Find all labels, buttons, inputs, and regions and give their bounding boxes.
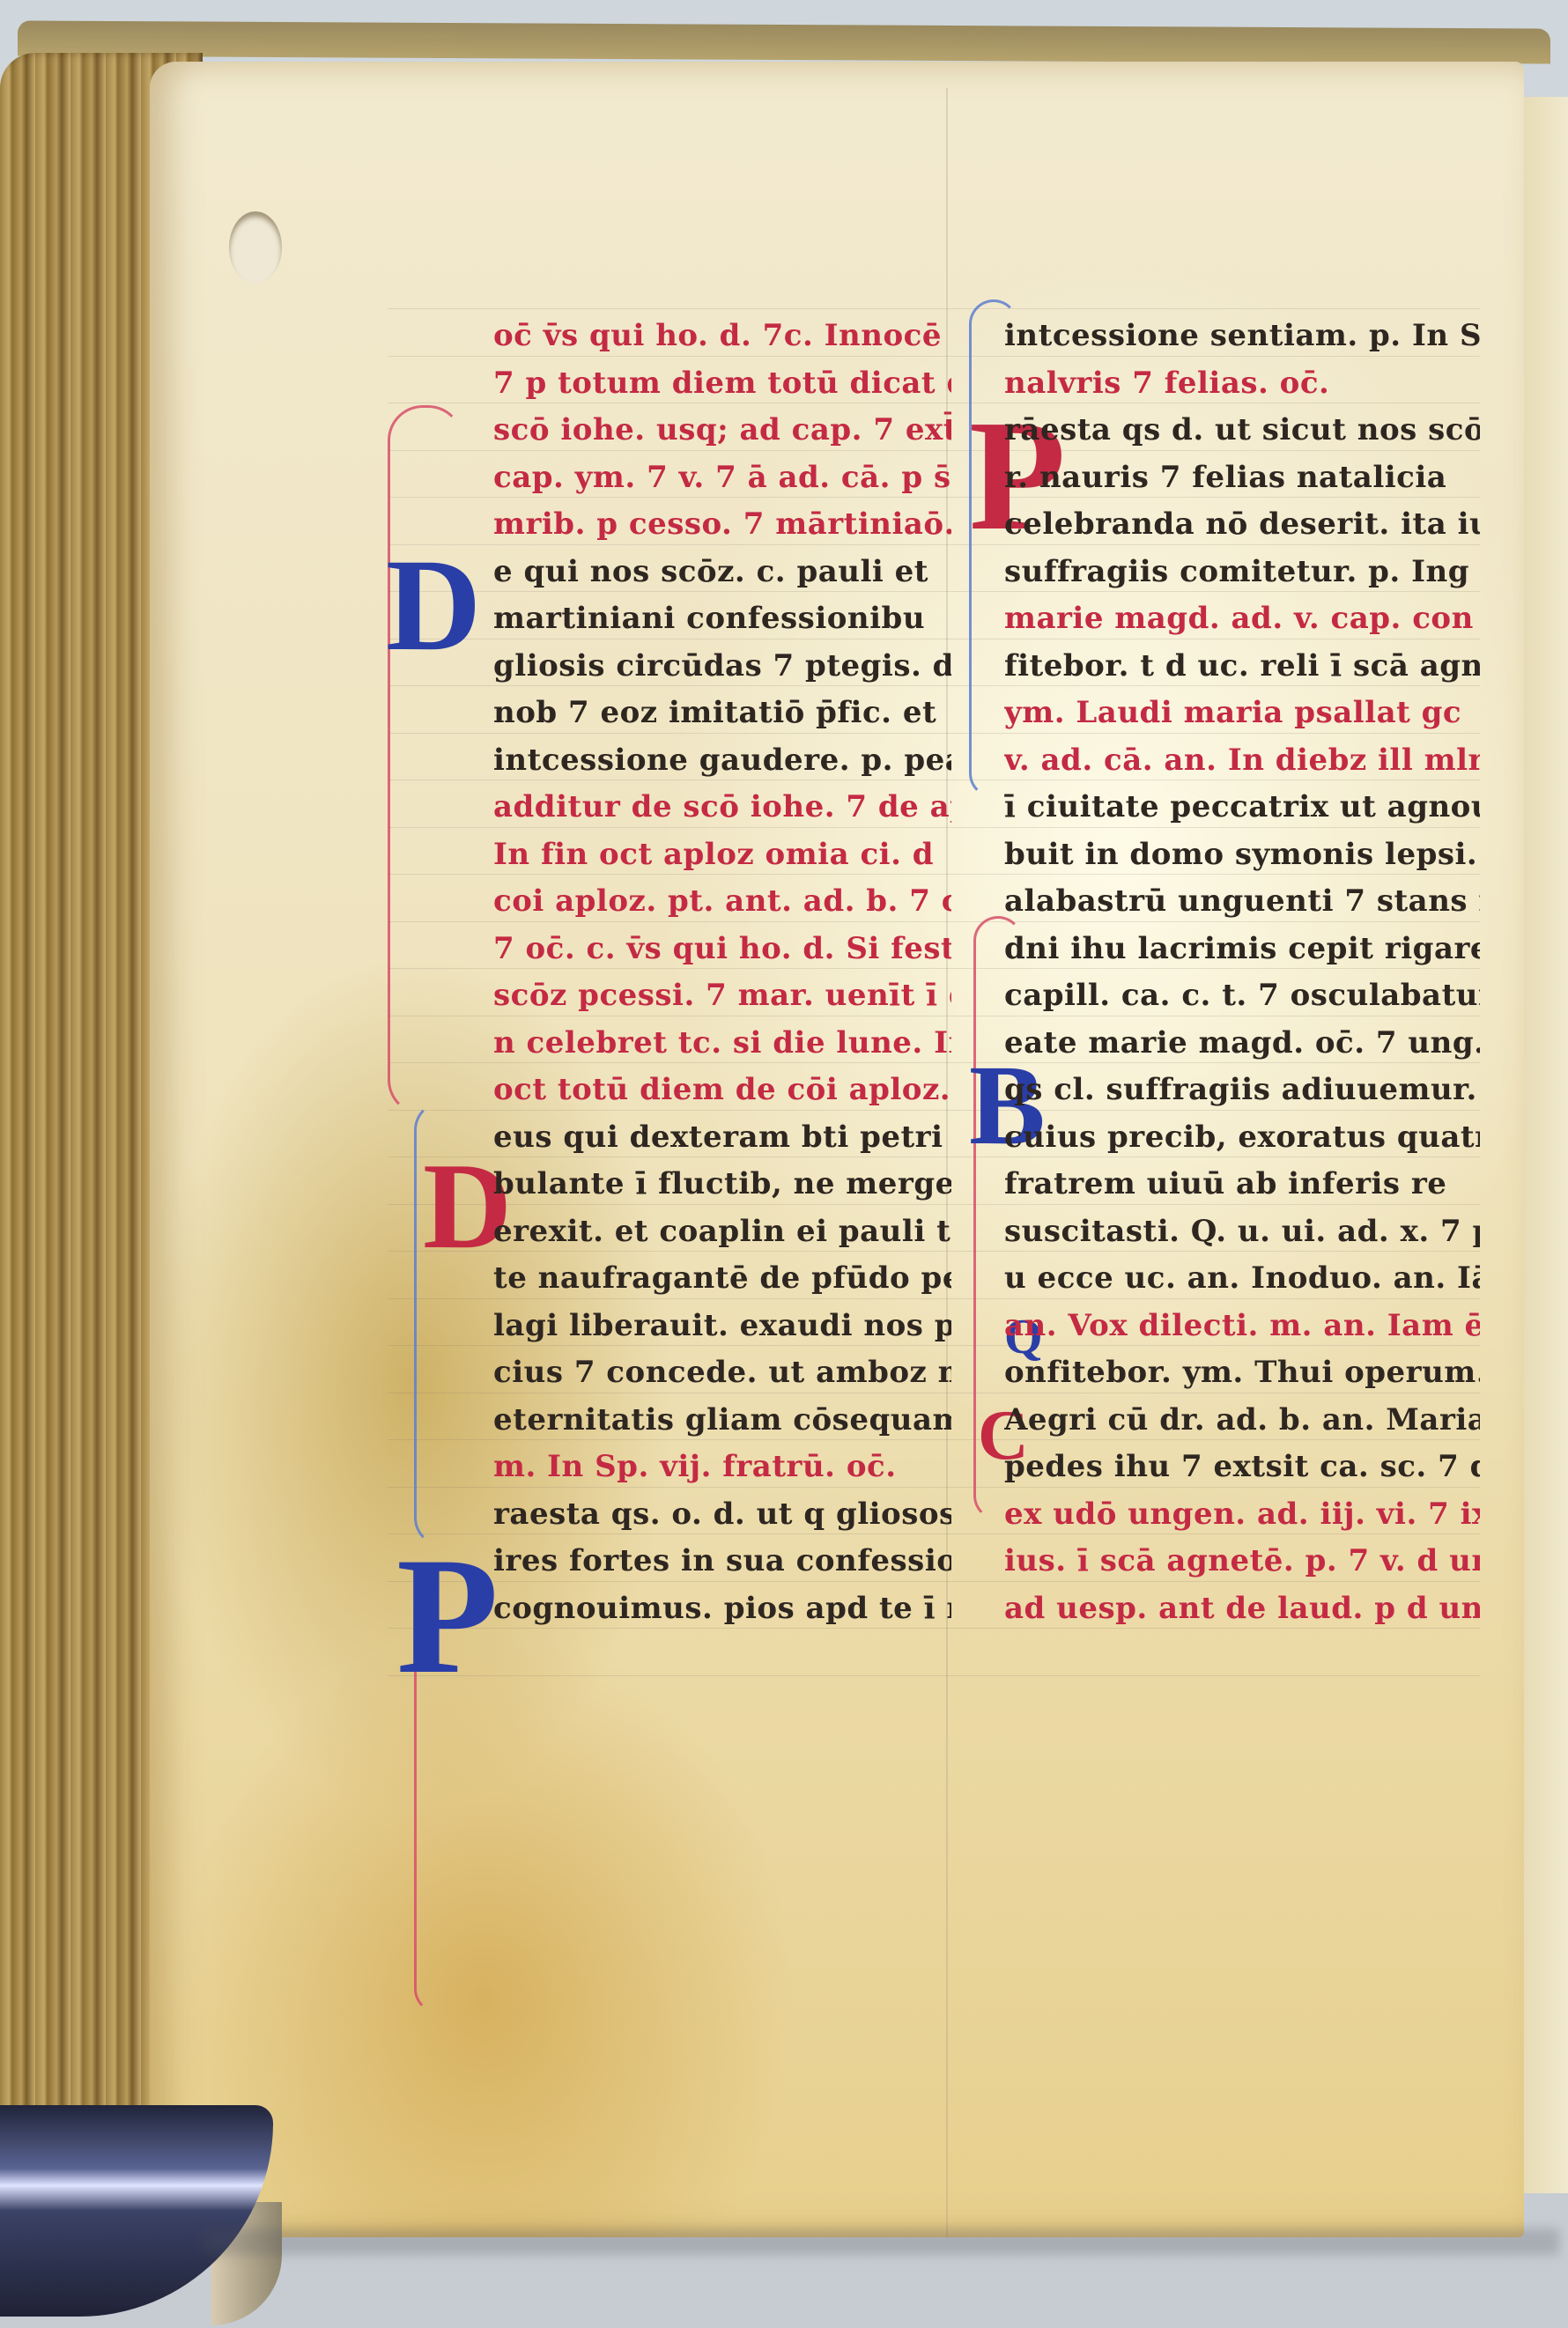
- sewing-hole: [229, 211, 282, 284]
- text-line: oc̄ v̄s qui ho. d. 7c. Innocē: [493, 313, 951, 360]
- text-line: marie magd. ad. v. cap. con: [1004, 595, 1480, 643]
- text-line: erexit. et coaplin ei pauli te: [493, 1208, 951, 1256]
- ruling-line: [388, 1675, 1480, 1676]
- pen-flourish-red: [388, 405, 463, 1115]
- text-line: fratrem uiuū ab inferis re: [1004, 1161, 1480, 1208]
- text-line: lagi liberauit. exaudi nos ppi: [493, 1303, 951, 1350]
- text-line: martiniani confessionibu: [493, 595, 951, 643]
- text-line: n celebret tc. si die lune. In: [493, 1020, 951, 1068]
- text-line: scōz pcessi. 7 mar. uenīt ī diuīc: [493, 972, 951, 1020]
- text-line: cius 7 concede. ut amboz meriti: [493, 1349, 951, 1397]
- text-line: Aegri cū dr. ad. b. an. Maria ergo uncx: [1004, 1397, 1480, 1445]
- text-line: v. ad. cā. an. In diebz ill mlr q erat: [1004, 737, 1480, 785]
- text-line: cognouimus. pios apd te ī nra: [493, 1585, 951, 1633]
- text-line: ym. Laudi maria psallat gc: [1004, 690, 1480, 737]
- text-line: onfitebor. ym. Thui operum. v.: [1004, 1349, 1480, 1397]
- text-line: cap. ym. 7 v. 7 ā ad. cā. p s̄cis: [493, 455, 951, 502]
- text-line: suffragiis comitetur. p. Ing: [1004, 549, 1480, 596]
- text-line: suscitasti. Q. u. ui. ad. x. 7 ph. a.: [1004, 1208, 1480, 1256]
- text-line: pedes ihu 7 extsit ca. sc. 7 dom ipl. e: [1004, 1444, 1480, 1491]
- ruling-line: [388, 308, 1480, 309]
- text-line: raesta qs. o. d. ut q gliosos mart: [493, 1491, 951, 1539]
- text-line: ī ciuitate peccatrix ut agnouit q ihc ac…: [1004, 784, 1480, 831]
- text-line: celebranda nō deserit. ita iugis: [1004, 501, 1480, 549]
- text-line: capill. ca. c. t. 7 osculabatur 7 ungueu…: [1004, 972, 1480, 1020]
- text-line: ad uesp. ant de laud. p d ung.: [1004, 1585, 1480, 1633]
- page-shadow: [203, 2228, 1559, 2255]
- text-line: intcessione gaudere. p. pea: [493, 737, 951, 785]
- text-line: coi aploz. pt. ant. ad. b. 7 cā.: [493, 878, 951, 926]
- next-leaf-edge: [1524, 97, 1568, 2193]
- text-line: oct totū diem de cōi aploz. oc̄.: [493, 1067, 951, 1114]
- text-line: fitebor. t d uc. reli ī scā agnes: [1004, 643, 1480, 691]
- text-line: scō iohe. usq; ad cap. 7 ext̄ di: [493, 407, 951, 455]
- left-text-column: oc̄ v̄s qui ho. d. 7c. Innocē7 p totum d…: [493, 313, 951, 1632]
- text-line: dni ihu lacrimis cepit rigare pedes ei 7: [1004, 926, 1480, 973]
- text-line: 7 oc̄. c. v̄s qui ho. d. Si festiuitā: [493, 926, 951, 973]
- text-line: ius. ī scā agnetē. p. 7 v. d ung: [1004, 1538, 1480, 1585]
- initial-P-blue: P: [396, 1533, 499, 1700]
- text-line: u ecce uc. an. Inoduo. an. Iā hyes tr.: [1004, 1255, 1480, 1303]
- text-line: eternitatis gliam cōsequamur. p.: [493, 1397, 951, 1445]
- text-line: mrib. p cesso. 7 mārtiniaō. oc̄: [493, 501, 951, 549]
- text-line: gliosis circūdas 7 ptegis. da: [493, 643, 951, 691]
- text-line: buit in domo symonis lepsi. attulit: [1004, 831, 1480, 879]
- text-line: alabastrū unguenti 7 stans ret scōs pede…: [1004, 878, 1480, 926]
- text-line: qs cl. suffragiis adiuuemur.: [1004, 1067, 1480, 1114]
- text-line: cuius precib, exoratus quatriduanū: [1004, 1114, 1480, 1162]
- text-line: additur de scō iohe. 7 de aplis.: [493, 784, 951, 831]
- text-line: te naufragantē de pfūdo pe: [493, 1255, 951, 1303]
- book-clip: [0, 2105, 282, 2325]
- initial-D-blue: D: [386, 539, 481, 671]
- text-line: ex udō ungen. ad. iij. vi. 7 ix. cap: [1004, 1491, 1480, 1539]
- text-line: m. In Sp. vij. fratrū. oc̄.: [493, 1444, 951, 1491]
- text-line: rāesta qs d. ut sicut nos scōz mrc: [1004, 407, 1480, 455]
- text-line: r. nauris 7 felias natalicia: [1004, 455, 1480, 502]
- text-line: an. Vox dilecti. m. an. Iam ē scs. cap: [1004, 1303, 1480, 1350]
- text-line: eate marie magd. oc̄. 7 ung.: [1004, 1020, 1480, 1068]
- text-line: nob 7 eoz imitatiō p̄fic. et: [493, 690, 951, 737]
- text-line: intcessione sentiam. p. In Sp: [1004, 313, 1480, 360]
- text-line: e qui nos scōz. c. pauli et: [493, 549, 951, 596]
- text-line: In fin oct aploz omia ci. d: [493, 831, 951, 879]
- text-line: ires fortes in sua confessione: [493, 1538, 951, 1585]
- text-line: nalvris 7 felias. oc̄.: [1004, 360, 1480, 408]
- text-line: eus qui dexteram bti petri am: [493, 1114, 951, 1162]
- text-line: 7 p totum diem totū dicat de: [493, 360, 951, 408]
- text-line: bulante ī fluctib, ne mergeret: [493, 1161, 951, 1208]
- right-text-column: intcessione sentiam. p. In Spnalvris 7 f…: [1004, 313, 1480, 1632]
